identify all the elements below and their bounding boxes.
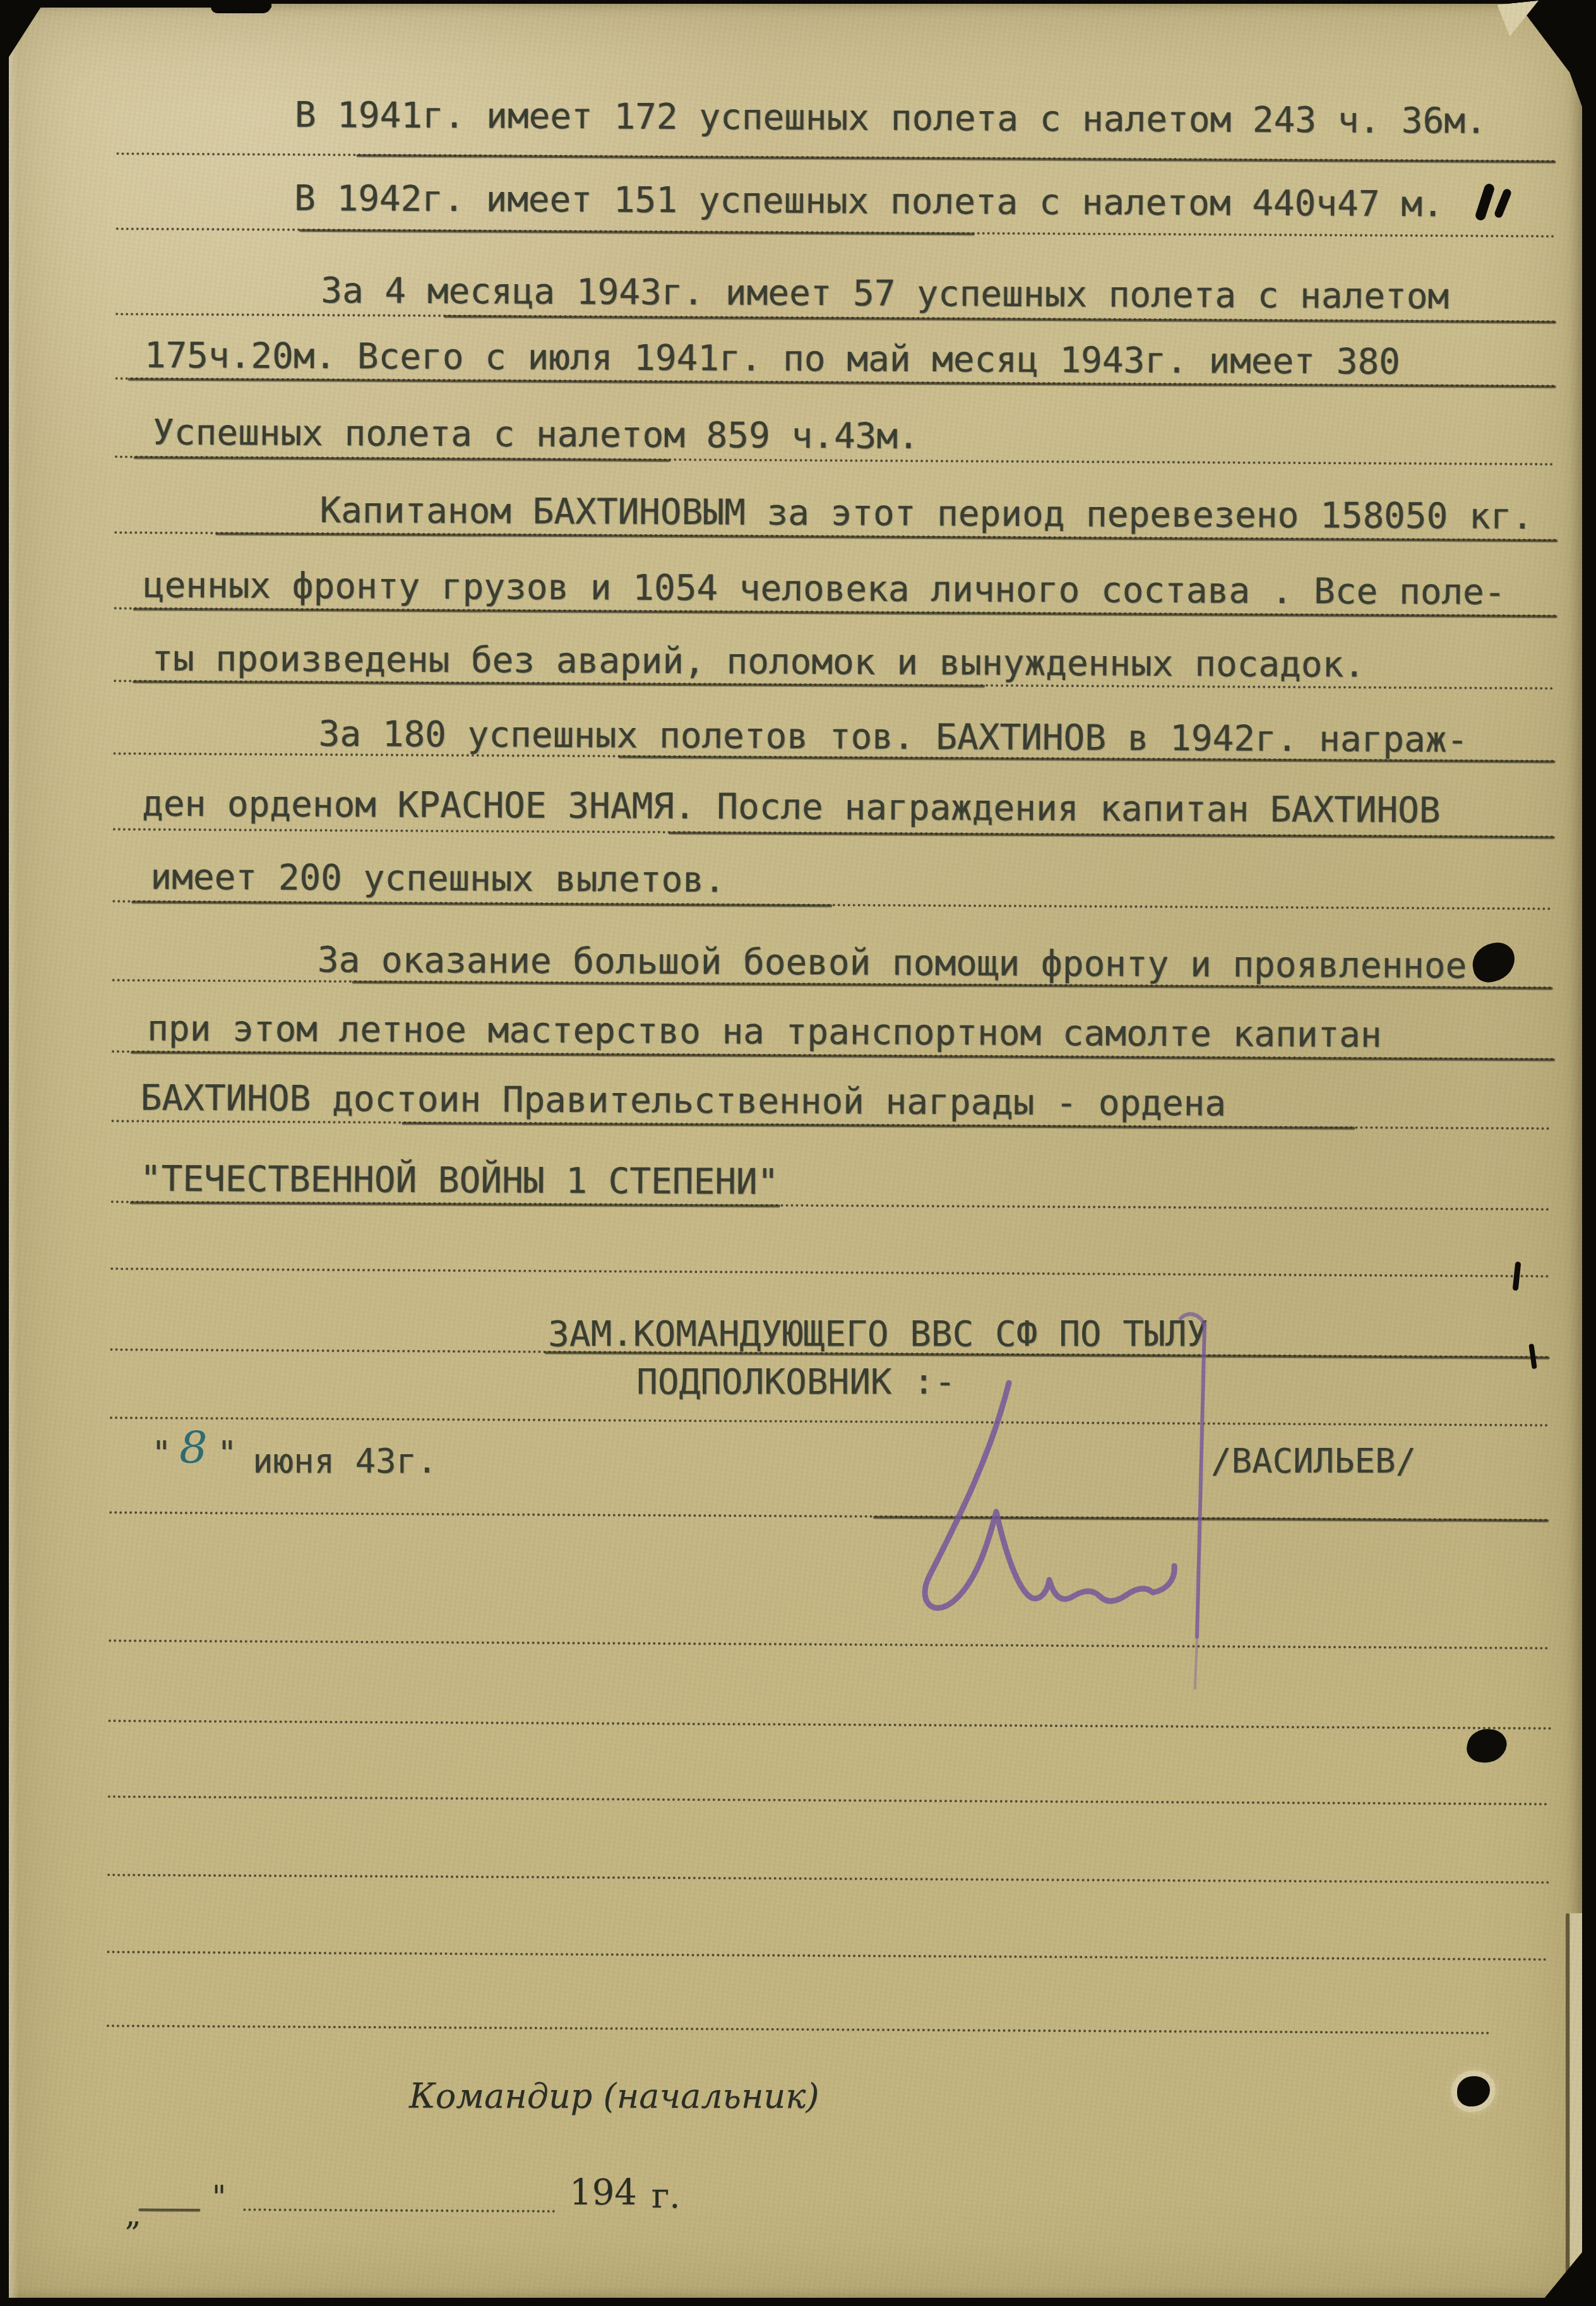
page-crease-line <box>1566 1913 1569 2298</box>
ink-blot <box>1513 1262 1522 1291</box>
ink-blot <box>1465 1726 1509 1765</box>
torn-corner-top-left <box>0 0 45 71</box>
scan-artifacts-layer <box>0 0 1596 2306</box>
ink-blot <box>1493 188 1512 218</box>
paper-hole <box>1457 2076 1490 2106</box>
ink-blot <box>1474 182 1496 222</box>
scan-edge-bottom <box>0 2298 1596 2306</box>
page-crease-strip <box>1570 1913 1582 2298</box>
scanned-document-page: В 1941г. имеет 172 успешных полета с нал… <box>0 0 1596 2306</box>
scan-edge-top-blob <box>211 0 271 13</box>
ink-blot <box>1469 940 1519 986</box>
ink-blot <box>1528 1344 1537 1370</box>
